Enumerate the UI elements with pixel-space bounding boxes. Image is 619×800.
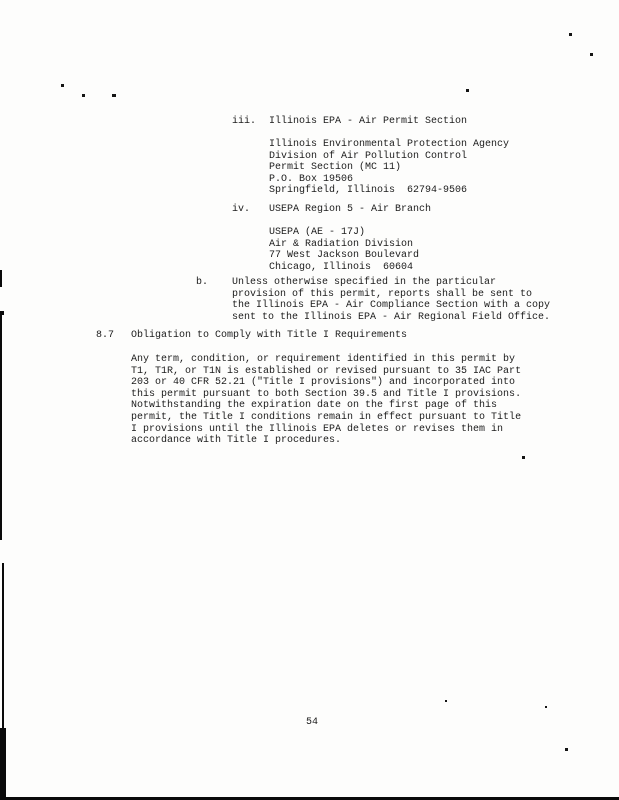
scan-speck <box>569 33 572 36</box>
section-body-paragraph: Any term, condition, or requirement iden… <box>131 354 521 447</box>
list-marker-iii: iii. <box>232 116 256 128</box>
scan-edge-mark <box>2 563 4 728</box>
page-number: 54 <box>306 717 318 729</box>
contact-iii-address: Illinois Environmental Protection Agency… <box>269 139 509 197</box>
scan-edge-mark <box>0 728 6 800</box>
scan-speck <box>545 706 547 708</box>
contact-iv-title: USEPA Region 5 - Air Branch <box>269 204 431 216</box>
scan-speck <box>565 748 568 751</box>
scan-speck <box>445 700 447 702</box>
item-b-paragraph: Unless otherwise specified in the partic… <box>232 277 550 323</box>
scan-edge-mark <box>0 270 2 287</box>
scanned-document-page: iii. Illinois EPA - Air Permit Section I… <box>0 0 619 800</box>
scan-speck <box>466 89 469 92</box>
contact-iii-title: Illinois EPA - Air Permit Section <box>269 116 467 128</box>
contact-iv-address: USEPA (AE - 17J) Air & Radiation Divisio… <box>269 227 419 273</box>
scan-speck <box>522 456 525 459</box>
scan-speck <box>112 94 116 97</box>
section-number: 8.7 <box>96 330 114 342</box>
list-marker-iv: iv. <box>232 204 250 216</box>
scan-speck <box>61 84 64 87</box>
list-marker-b: b. <box>196 277 208 289</box>
scan-speck <box>590 53 593 56</box>
scan-speck <box>82 94 85 97</box>
section-heading: Obligation to Comply with Title I Requir… <box>131 330 407 342</box>
scan-edge-mark <box>0 315 2 540</box>
